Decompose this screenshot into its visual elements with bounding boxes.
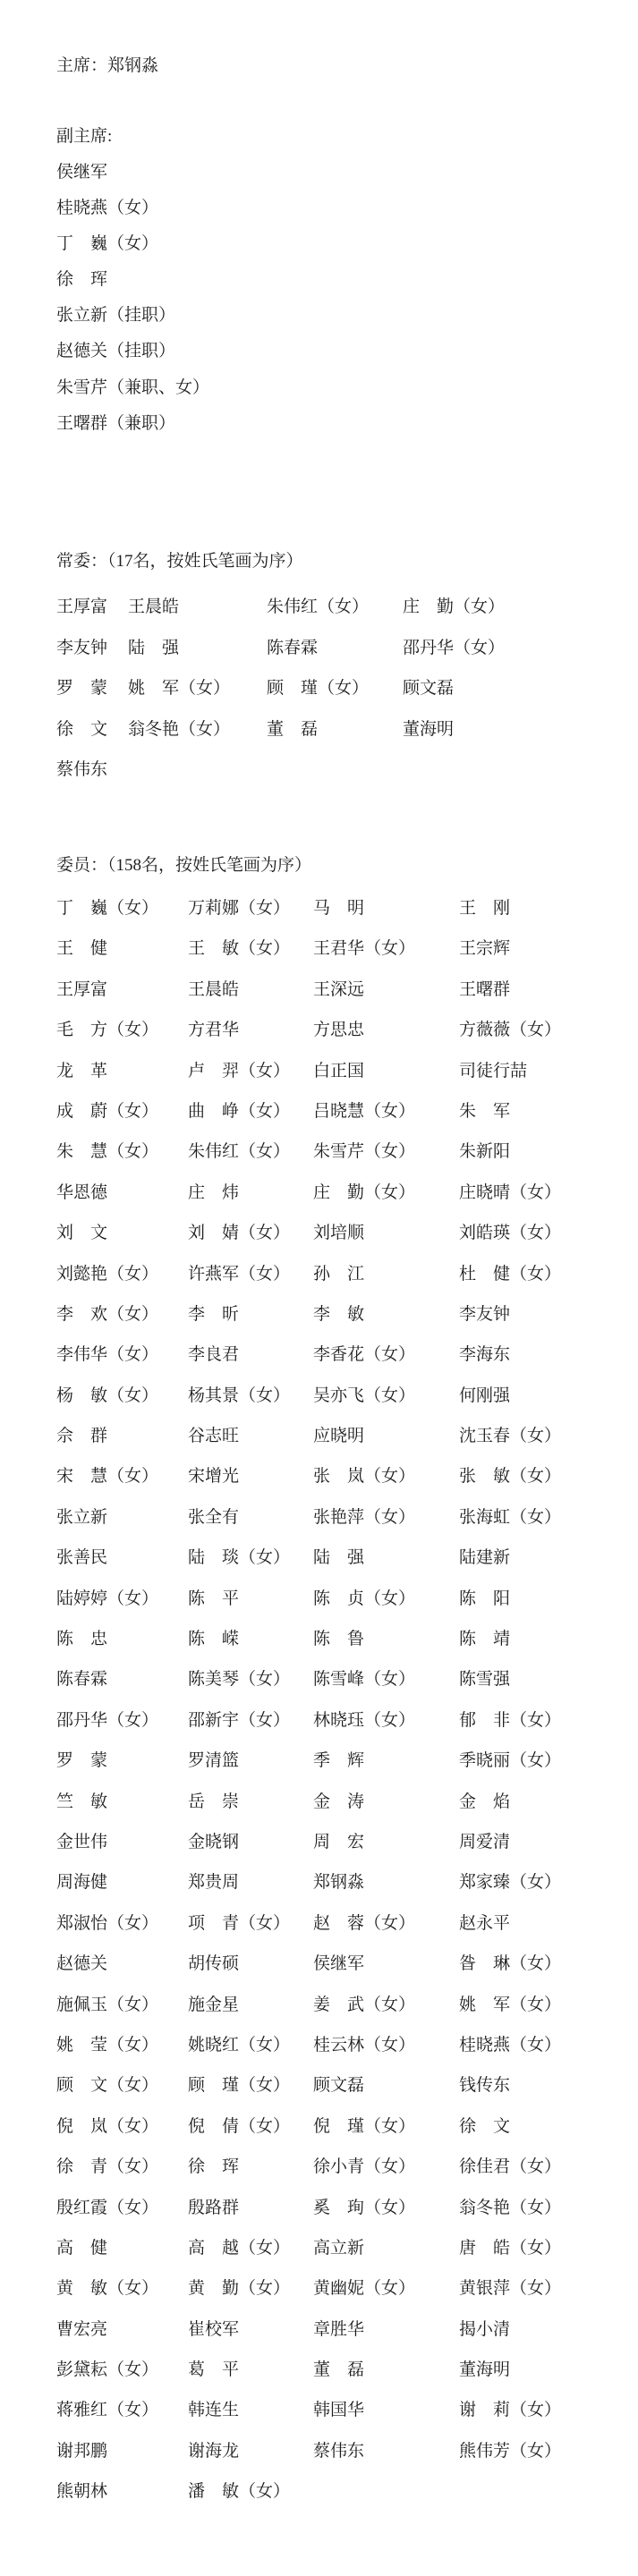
member-name: 钱传东 [459,2075,638,2096]
member-name: 高 越（女） [188,2238,313,2258]
member-name: 华恩德 [56,1182,188,1203]
member-name: 朱 慧（女） [56,1141,188,1162]
member-name: 朱伟红（女） [188,1141,313,1162]
member-name: 庄 勤（女） [403,597,638,617]
name-row: 张善民陆 琰（女）陆 强陆建新 [56,1547,638,1588]
member-name: 陈 鲁 [313,1629,459,1649]
member-name: 施金星 [188,1995,313,2015]
name-row: 彭黛耘（女）葛 平董 磊董海明 [56,2360,638,2400]
name-row: 蒋雅红（女）韩连生韩国华谢 莉（女） [56,2400,638,2440]
member-name: 李伟华（女） [56,1344,188,1365]
member-name: 司徒行喆 [459,1061,638,1081]
member-name: 陆建新 [459,1547,638,1568]
member-name: 陆婷婷（女） [56,1589,188,1609]
vice-chairman-name: 王曙群（兼职） [56,413,209,449]
member-name: 何刚强 [459,1385,638,1406]
name-row: 李伟华（女）李良君李香花（女）李海东 [56,1344,638,1385]
chairman-line: 主席：郑钢淼 [56,55,158,76]
member-name: 崔校军 [188,2319,313,2340]
member-name: 方薇薇（女） [459,1020,638,1040]
member-name: 佘 群 [56,1426,188,1446]
member-name: 张海虹（女） [459,1507,638,1528]
member-name: 李 欢（女） [56,1304,188,1325]
name-row: 徐 青（女）徐 珲徐小青（女）徐佳君（女） [56,2157,638,2197]
member-name: 李香花（女） [313,1344,459,1365]
member-name: 谢海龙 [188,2441,313,2462]
name-row: 徐 文翁冬艳（女）董 磊董海明 [56,719,638,760]
member-name: 邵丹华（女） [56,1710,188,1731]
member-name: 宋 慧（女） [56,1466,188,1487]
name-row: 倪 岚（女）倪 倩（女）倪 瑾（女）徐 文 [56,2116,638,2157]
member-name: 陈雪峰（女） [313,1669,459,1690]
member-name: 顾文磊 [403,678,638,699]
name-row: 李友钟陆 强陈春霖邵丹华（女） [56,638,638,679]
member-name: 徐 珲 [188,2157,313,2177]
member-name: 曲 峥（女） [188,1101,313,1122]
member-name: 刘培顺 [313,1223,459,1243]
member-name: 张善民 [56,1547,188,1568]
member-name: 黄银萍（女） [459,2278,638,2299]
member-name: 郁 非（女） [459,1710,638,1731]
member-name: 姜 武（女） [313,1995,459,2015]
name-row: 郑淑怡（女）项 青（女）赵 蓉（女）赵永平 [56,1913,638,1953]
member-name: 季 辉 [313,1750,459,1771]
member-name: 李良君 [188,1344,313,1365]
member-name: 葛 平 [188,2360,313,2380]
member-name: 金 涛 [313,1792,459,1812]
member-name: 徐佳君（女） [459,2157,638,2177]
member-name: 万莉娜（女） [188,898,313,919]
member-name: 庄晓晴（女） [459,1182,638,1203]
member-name: 潘 敏（女） [188,2481,313,2502]
standing-committee-grid: 王厚富王晨皓朱伟红（女）庄 勤（女）李友钟陆 强陈春霖邵丹华（女）罗 蒙姚 军（… [56,597,638,801]
member-name: 陈春霖 [56,1669,188,1690]
member-name: 郑家臻（女） [459,1872,638,1893]
member-name: 沈玉春（女） [459,1426,638,1446]
member-name: 曹宏亮 [56,2319,188,2340]
member-name: 陆 强 [128,638,267,658]
vice-chairman-name: 桂晓燕（女） [56,198,209,233]
name-row: 金世伟金晓钢周 宏周爱清 [56,1832,638,1872]
member-name: 张 岚（女） [313,1466,459,1487]
member-name: 陈 阳 [459,1589,638,1609]
name-row: 姚 莹（女）姚晓红（女）桂云林（女）桂晓燕（女） [56,2035,638,2075]
member-name: 龙 革 [56,1061,188,1081]
name-row: 陆婷婷（女）陈 平陈 贞（女）陈 阳 [56,1589,638,1629]
member-name: 林晓珏（女） [313,1710,459,1731]
member-name: 陈 贞（女） [313,1589,459,1609]
name-row: 朱 慧（女）朱伟红（女）朱雪芹（女）朱新阳 [56,1141,638,1182]
name-row: 佘 群谷志旺应晓明沈玉春（女） [56,1426,638,1466]
standing-committee-heading: 常委：（17名，按姓氏笔画为序） [56,551,303,572]
member-name: 黄幽妮（女） [313,2278,459,2299]
member-name: 成 蔚（女） [56,1101,188,1122]
member-name: 陈 嵘 [188,1629,313,1649]
member-name: 刘 文 [56,1223,188,1243]
member-name: 蒋雅红（女） [56,2400,188,2420]
vice-chairman-name: 张立新（挂职） [56,305,209,341]
member-name: 蔡伟东 [313,2441,459,2462]
member-name: 王 刚 [459,898,638,919]
member-name: 陈 靖 [459,1629,638,1649]
member-name: 邵新宇（女） [188,1710,313,1731]
member-name: 王曙群 [459,979,638,1000]
name-row: 成 蔚（女）曲 峥（女）吕晓慧（女）朱 军 [56,1101,638,1141]
member-name: 王深远 [313,979,459,1000]
vice-chairman-name: 朱雪芹（兼职、女） [56,377,209,413]
name-row: 施佩玉（女）施金星姜 武（女）姚 军（女） [56,1995,638,2035]
name-row: 王 健王 敏（女）王君华（女）王宗辉 [56,938,638,979]
member-name: 吕晓慧（女） [313,1101,459,1122]
member-name: 董 磊 [267,719,403,740]
member-name: 刘懿艳（女） [56,1264,188,1284]
vice-chairman-name: 丁 巍（女） [56,233,209,269]
member-name: 王 敏（女） [188,938,313,959]
name-row: 高 健高 越（女）高立新唐 皓（女） [56,2238,638,2278]
member-name: 殷红霞（女） [56,2198,188,2218]
member-name: 张全有 [188,1507,313,1528]
chairman-label: 主席： [56,56,107,75]
member-name: 王晨皓 [128,597,267,617]
member-name: 顾 瑾（女） [267,678,403,699]
member-name: 郑淑怡（女） [56,1913,188,1934]
name-row: 殷红霞（女）殷路群奚 珣（女）翁冬艳（女） [56,2198,638,2238]
member-name: 李海东 [459,1344,638,1365]
member-name: 李友钟 [459,1304,638,1325]
member-name: 张 敏（女） [459,1466,638,1487]
member-name: 郑钢淼 [313,1872,459,1893]
member-name: 许燕军（女） [188,1264,313,1284]
member-name: 唐 皓（女） [459,2238,638,2258]
member-name: 殷路群 [188,2198,313,2218]
name-row: 毛 方（女）方君华方思忠方薇薇（女） [56,1020,638,1060]
name-row: 李 欢（女）李 昕李 敏李友钟 [56,1304,638,1344]
member-name: 施佩玉（女） [56,1995,188,2015]
vice-chairman-name: 赵德关（挂职） [56,341,209,377]
member-name: 桂晓燕（女） [459,2035,638,2055]
member-name: 姚 莹（女） [56,2035,188,2055]
member-name: 张艳萍（女） [313,1507,459,1528]
name-row: 曹宏亮崔校军章胜华揭小清 [56,2319,638,2360]
member-name: 高 健 [56,2238,188,2258]
name-row: 刘 文刘 婧（女）刘培顺刘皓瑛（女） [56,1223,638,1263]
member-name: 丁 巍（女） [56,898,188,919]
member-name: 韩国华 [313,2400,459,2420]
member-name: 卢 羿（女） [188,1061,313,1081]
name-row: 周海健郑贵周郑钢淼郑家臻（女） [56,1872,638,1912]
member-name: 陆 强 [313,1547,459,1568]
member-name: 罗清篮 [188,1750,313,1771]
member-name: 谢邦鹏 [56,2441,188,2462]
member-name: 刘 婧（女） [188,1223,313,1243]
member-name: 邵丹华（女） [403,638,638,658]
member-name: 姚 军（女） [459,1995,638,2015]
member-name: 昝 琳（女） [459,1953,638,1974]
member-name: 王厚富 [56,597,128,617]
name-row: 谢邦鹏谢海龙蔡伟东熊伟芳（女） [56,2441,638,2481]
name-row: 蔡伟东 [56,759,638,801]
member-name: 陆 琰（女） [188,1547,313,1568]
member-name: 金 焰 [459,1792,638,1812]
member-name: 王君华（女） [313,938,459,959]
member-name: 季晓丽（女） [459,1750,638,1771]
name-row: 罗 蒙姚 军（女）顾 瑾（女）顾文磊 [56,678,638,719]
vice-chairmen-label: 副主席: [56,126,112,147]
member-name: 吴亦飞（女） [313,1385,459,1406]
name-row: 华恩德庄 炜庄 勤（女）庄晓晴（女） [56,1182,638,1223]
name-row: 丁 巍（女）万莉娜（女）马 明王 刚 [56,898,638,938]
member-name: 翁冬艳（女） [459,2198,638,2218]
member-name: 姚 军（女） [128,678,267,699]
member-name: 翁冬艳（女） [128,719,267,740]
member-name: 周 宏 [313,1832,459,1852]
member-name: 刘皓瑛（女） [459,1223,638,1243]
member-name: 揭小清 [459,2319,638,2340]
member-name: 金世伟 [56,1832,188,1852]
member-name: 方思忠 [313,1020,459,1040]
member-name: 杨其景（女） [188,1385,313,1406]
member-name: 高立新 [313,2238,459,2258]
members-grid: 丁 巍（女）万莉娜（女）马 明王 刚王 健王 敏（女）王君华（女）王宗辉王厚富王… [56,898,638,2522]
member-name: 徐小青（女） [313,2157,459,2177]
member-name: 朱新阳 [459,1141,638,1162]
member-name: 谢 莉（女） [459,2400,638,2420]
member-name: 蔡伟东 [56,759,128,780]
member-name: 徐 文 [459,2116,638,2137]
name-row: 王厚富王晨皓王深远王曙群 [56,979,638,1020]
name-row: 宋 慧（女）宋增光张 岚（女）张 敏（女） [56,1466,638,1506]
name-row: 熊朝林潘 敏（女） [56,2481,638,2521]
member-name: 董海明 [459,2360,638,2380]
name-row: 顾 文（女）顾 瑾（女）顾文磊钱传东 [56,2075,638,2115]
member-name: 白正国 [313,1061,459,1081]
name-row: 龙 革卢 羿（女）白正国司徒行喆 [56,1061,638,1101]
member-name: 张立新 [56,1507,188,1528]
member-name: 罗 蒙 [56,678,128,699]
member-name: 章胜华 [313,2319,459,2340]
document-page: 主席：郑钢淼 副主席: 侯继军桂晓燕（女）丁 巍（女）徐 珲张立新（挂职）赵德关… [0,0,638,2576]
member-name: 周爱清 [459,1832,638,1852]
member-name: 陈 忠 [56,1629,188,1649]
member-name: 倪 瑾（女） [313,2116,459,2137]
member-name: 朱雪芹（女） [313,1141,459,1162]
member-name: 李友钟 [56,638,128,658]
member-name: 顾 文（女） [56,2075,188,2096]
name-row: 张立新张全有张艳萍（女）张海虹（女） [56,1507,638,1547]
member-name: 陈春霖 [267,638,403,658]
chairman-name: 郑钢淼 [107,56,158,75]
name-row: 杨 敏（女）杨其景（女）吴亦飞（女）何刚强 [56,1385,638,1426]
member-name: 毛 方（女） [56,1020,188,1040]
member-name: 谷志旺 [188,1426,313,1446]
members-heading: 委员：（158名，按姓氏笔画为序） [56,855,311,876]
name-row: 刘懿艳（女）许燕军（女）孙 江杜 健（女） [56,1264,638,1304]
member-name: 应晓明 [313,1426,459,1446]
member-name: 李 敏 [313,1304,459,1325]
member-name: 彭黛耘（女） [56,2360,188,2380]
member-name: 倪 倩（女） [188,2116,313,2137]
member-name: 竺 敏 [56,1792,188,1812]
member-name: 岳 崇 [188,1792,313,1812]
member-name: 徐 文 [56,719,128,740]
name-row: 赵德关胡传硕侯继军昝 琳（女） [56,1953,638,1994]
member-name: 杨 敏（女） [56,1385,188,1406]
member-name: 孙 江 [313,1264,459,1284]
name-row: 邵丹华（女）邵新宇（女）林晓珏（女）郁 非（女） [56,1710,638,1750]
member-name: 黄 勤（女） [188,2278,313,2299]
member-name: 王 健 [56,938,188,959]
vice-chairmen-list: 侯继军桂晓燕（女）丁 巍（女）徐 珲张立新（挂职）赵德关（挂职）朱雪芹（兼职、女… [56,162,209,449]
member-name: 顾 瑾（女） [188,2075,313,2096]
member-name: 奚 珣（女） [313,2198,459,2218]
member-name: 胡传硕 [188,1953,313,1974]
name-row: 陈 忠陈 嵘陈 鲁陈 靖 [56,1629,638,1669]
member-name: 朱 军 [459,1101,638,1122]
member-name: 熊伟芳（女） [459,2441,638,2462]
vice-chairman-name: 徐 珲 [56,269,209,305]
member-name: 郑贵周 [188,1872,313,1893]
member-name: 庄 勤（女） [313,1182,459,1203]
member-name: 陈美琴（女） [188,1669,313,1690]
member-name: 赵德关 [56,1953,188,1974]
member-name: 宋增光 [188,1466,313,1487]
member-name: 桂云林（女） [313,2035,459,2055]
name-row: 黄 敏（女）黄 勤（女）黄幽妮（女）黄银萍（女） [56,2278,638,2318]
member-name: 周海健 [56,1872,188,1893]
member-name: 赵 蓉（女） [313,1913,459,1934]
member-name: 陈雪强 [459,1669,638,1690]
name-row: 罗 蒙罗清篮季 辉季晓丽（女） [56,1750,638,1791]
member-name: 倪 岚（女） [56,2116,188,2137]
member-name: 杜 健（女） [459,1264,638,1284]
member-name: 方君华 [188,1020,313,1040]
member-name: 徐 青（女） [56,2157,188,2177]
member-name: 金晓钢 [188,1832,313,1852]
member-name: 韩连生 [188,2400,313,2420]
member-name: 姚晓红（女） [188,2035,313,2055]
member-name: 庄 炜 [188,1182,313,1203]
member-name: 侯继军 [313,1953,459,1974]
member-name: 顾文磊 [313,2075,459,2096]
name-row: 竺 敏岳 崇金 涛金 焰 [56,1792,638,1832]
member-name: 罗 蒙 [56,1750,188,1771]
member-name: 董海明 [403,719,638,740]
member-name: 马 明 [313,898,459,919]
name-row: 陈春霖陈美琴（女）陈雪峰（女）陈雪强 [56,1669,638,1709]
member-name: 朱伟红（女） [267,597,403,617]
member-name: 熊朝林 [56,2481,188,2502]
member-name: 赵永平 [459,1913,638,1934]
member-name: 李 昕 [188,1304,313,1325]
member-name: 王宗辉 [459,938,638,959]
member-name: 黄 敏（女） [56,2278,188,2299]
member-name: 项 青（女） [188,1913,313,1934]
member-name: 董 磊 [313,2360,459,2380]
member-name: 陈 平 [188,1589,313,1609]
name-row: 王厚富王晨皓朱伟红（女）庄 勤（女） [56,597,638,638]
member-name: 王晨皓 [188,979,313,1000]
member-name: 王厚富 [56,979,188,1000]
vice-chairman-name: 侯继军 [56,162,209,198]
